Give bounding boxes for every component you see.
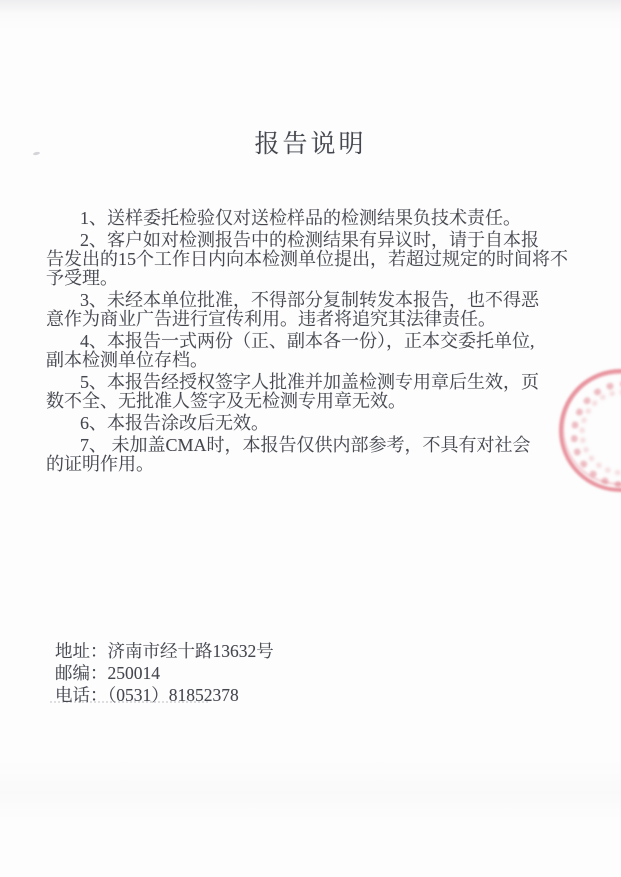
note-item-4: 4、本报告一式两份（正、副本各一份），正本交委托单位, 副本检测单位存档。 xyxy=(46,332,601,370)
note-line: 副本检测单位存档。 xyxy=(46,351,601,370)
note-line: 5、本报告经授权签字人批准并加盖检测专用章后生效，页 xyxy=(46,373,601,392)
report-notes: 1、送样委托检验仅对送检样品的检测结果负技术责任。 2、客户如对检测报告中的检测… xyxy=(46,209,601,477)
note-line: 2、客户如对检测报告中的检测结果有异议时，请于自本报 xyxy=(46,231,601,250)
note-item-2: 2、客户如对检测报告中的检测结果有异议时，请于自本报 告发出的15个工作日内向本… xyxy=(46,231,601,288)
page-title: 报告说明 xyxy=(0,124,621,160)
note-item-1: 1、送样委托检验仅对送检样品的检测结果负技术责任。 xyxy=(46,209,601,228)
note-line: 意作为商业广告进行宣传利用。违者将追究其法律责任。 xyxy=(46,310,601,329)
note-item-3: 3、未经本单位批准，不得部分复制转发本报告，也不得恶 意作为商业广告进行宣传利用… xyxy=(46,291,601,329)
note-line: 1、送样委托检验仅对送检样品的检测结果负技术责任。 xyxy=(46,209,601,228)
scan-artifact-top-band xyxy=(0,0,621,30)
note-line: 4、本报告一式两份（正、副本各一份），正本交委托单位, xyxy=(46,332,601,351)
contact-info: 地址：济南市经十路13632号 邮编：250014 电话：（0531）81852… xyxy=(55,640,274,706)
note-line: 告发出的15个工作日内向本检测单位提出，若超过规定的时间将不 xyxy=(46,250,601,269)
note-line: 的证明作用。 xyxy=(46,455,601,474)
note-item-7: 7、 未加盖CMA时，本报告仅供内部参考，不具有对社会 的证明作用。 xyxy=(46,436,601,474)
note-item-6: 6、本报告涂改后无效。 xyxy=(46,414,601,433)
postcode-line: 邮编：250014 xyxy=(55,662,274,684)
scan-artifact-bottom-haze xyxy=(0,760,621,820)
address-line: 地址：济南市经十路13632号 xyxy=(55,640,274,662)
note-line: 3、未经本单位批准，不得部分复制转发本报告，也不得恶 xyxy=(46,291,601,310)
note-item-5: 5、本报告经授权签字人批准并加盖检测专用章后生效，页 数不全、无批准人签字及无检… xyxy=(46,373,601,411)
note-line: 数不全、无批准人签字及无检测专用章无效。 xyxy=(46,392,601,411)
note-line: 7、 未加盖CMA时，本报告仅供内部参考，不具有对社会 xyxy=(46,436,601,455)
note-line: 予受理。 xyxy=(46,269,601,288)
note-line: 6、本报告涂改后无效。 xyxy=(46,414,601,433)
phone-line: 电话：（0531）81852378 xyxy=(55,684,274,706)
scanned-report-page: 报告说明 1、送样委托检验仅对送检样品的检测结果负技术责任。 2、客户如对检测报… xyxy=(0,0,621,877)
